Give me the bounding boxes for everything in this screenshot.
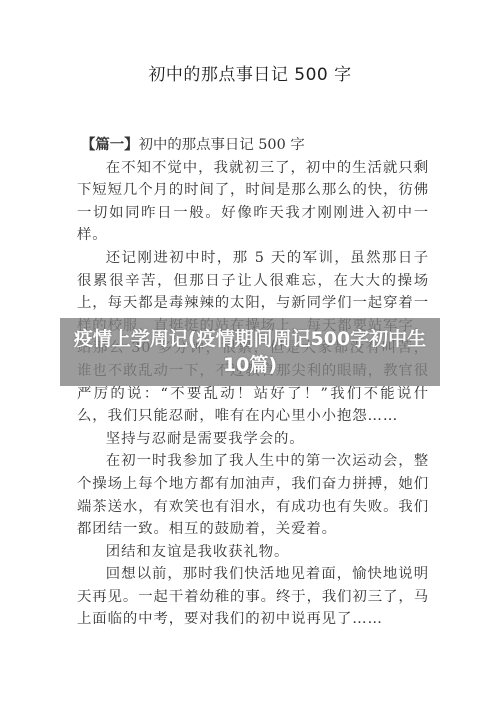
paragraph-1: 在不知不觉中，我就初三了，初中的生活就只剩下短短几个月的时间了，时间是那么那么的… — [77, 157, 429, 247]
section-label: 【篇一】 — [81, 136, 139, 153]
section-heading: 【篇一】初中的那点事日记 500 字 — [77, 134, 429, 157]
paragraph-3: 坚持与忍耐是需要我学会的。 — [77, 428, 429, 451]
paragraph-5: 团结和友谊是我收获礼物。 — [77, 541, 429, 564]
paragraph-6: 回想以前，那时我们快活地见着面，愉快地说明天再见。一起干着幼稚的事。终于，我们初… — [77, 563, 429, 631]
section-heading-text: 初中的那点事日记 500 字 — [139, 137, 305, 153]
overlay-title[interactable]: 疫情上学周记(疫情期间周记500字初中生10篇) — [70, 326, 430, 378]
document-title: 初中的那点事日记 500 字 — [0, 60, 500, 85]
paragraph-4: 在初一时我参加了我人生中的第一次运动会，整个操场上每个地方都有加油声，我们奋力拼… — [77, 450, 429, 540]
overlay-title-banner[interactable]: 疫情上学周记(疫情期间周记500字初中生10篇) — [60, 318, 440, 386]
